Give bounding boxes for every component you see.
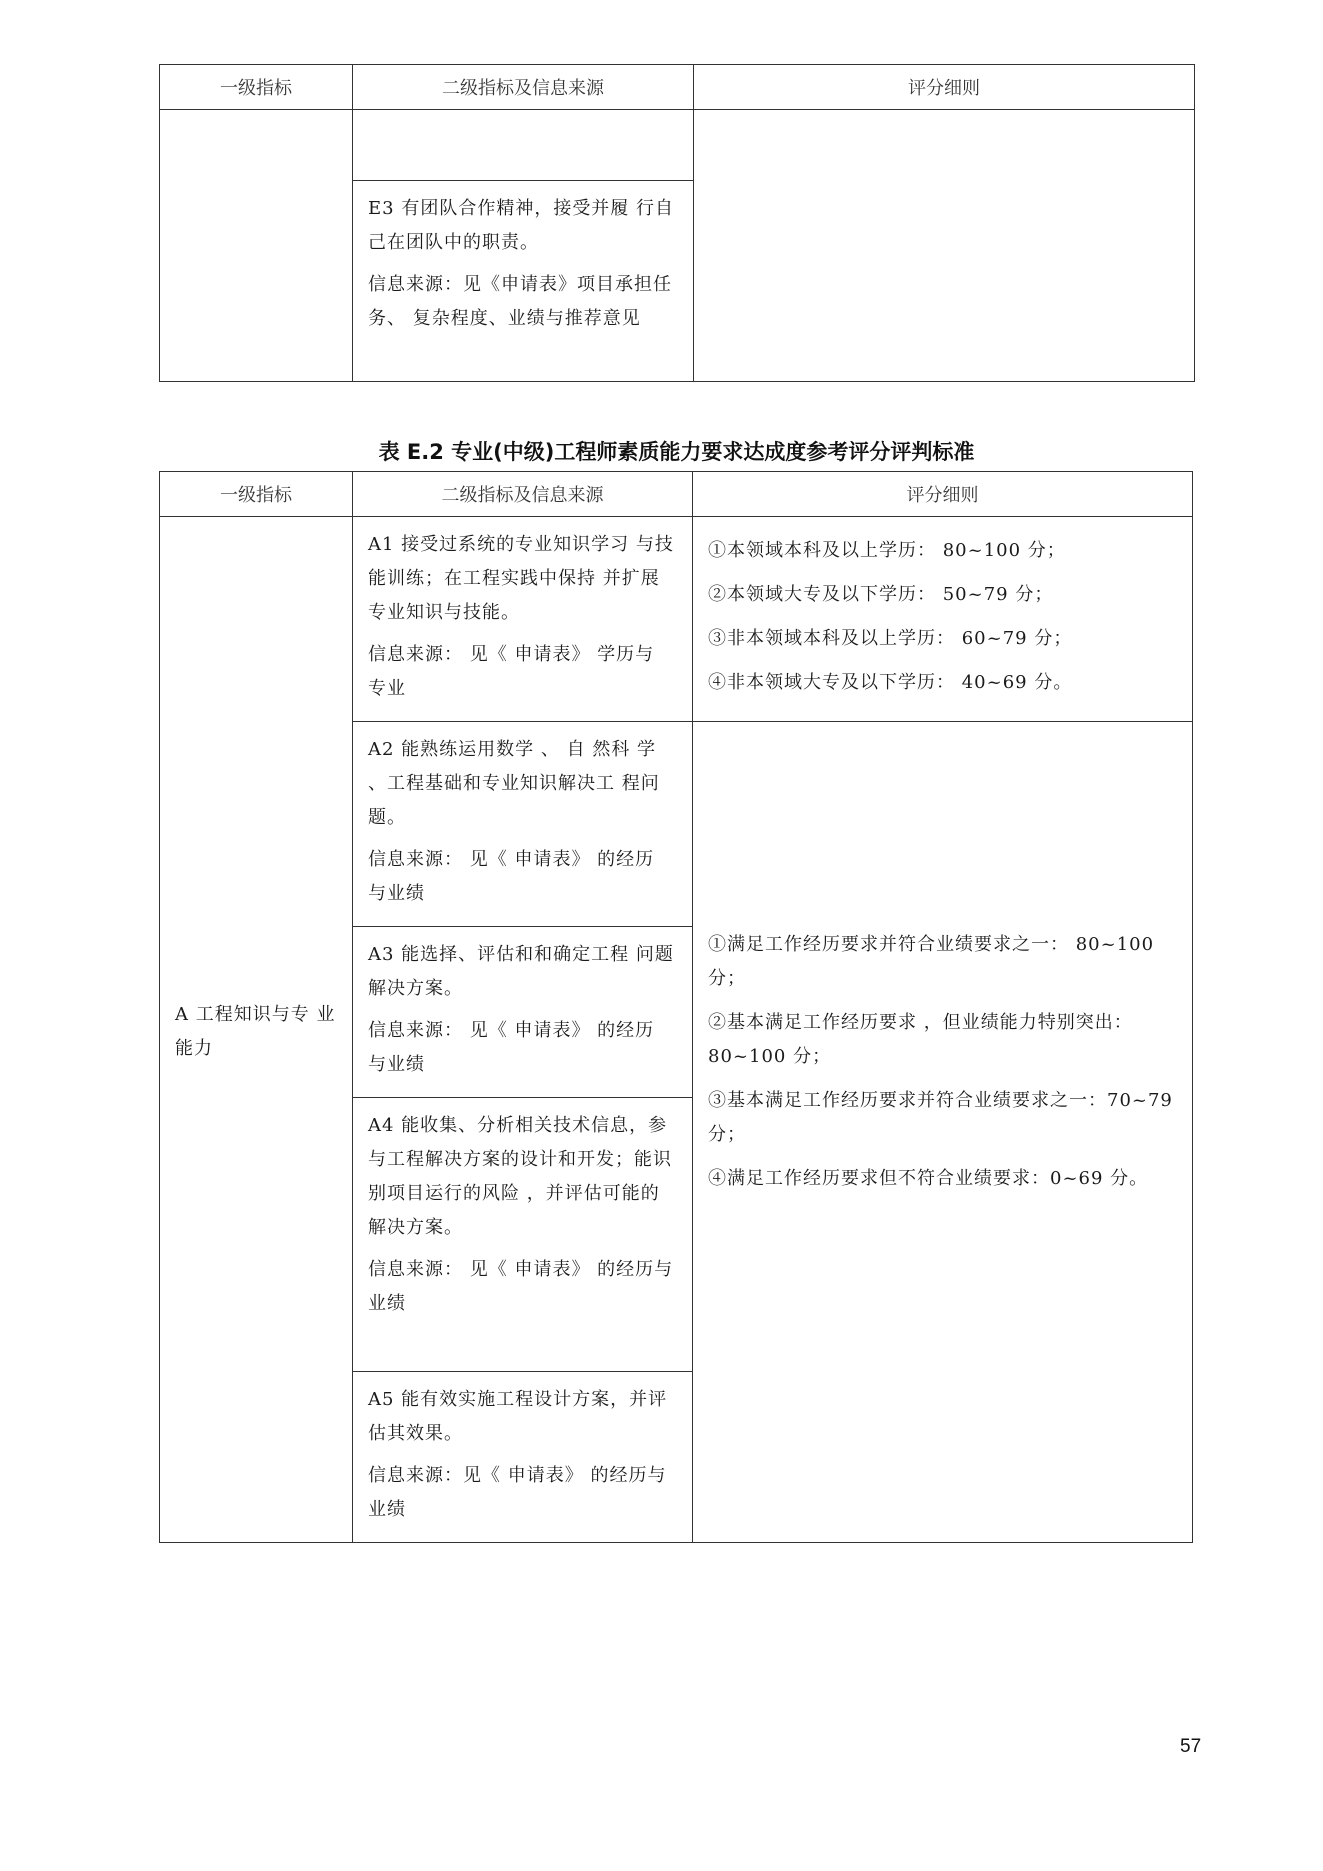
score-a2-item: ①满足工作经历要求并符合业绩要求之一： 80~100 分； <box>708 928 1177 996</box>
level2-cell-e3: E3 有团队合作精神，接受并履 行自己在团队中的职责。 信息来源：见《申请表》项… <box>353 181 694 382</box>
score-a2-item: ②基本满足工作经历要求 ，但业绩能力特别突出： 80~100 分； <box>708 1006 1177 1074</box>
table-row-a1: A 工程知识与专 业能力 A1 接受过系统的专业知识学习 与技能训练；在工程实践… <box>160 517 1193 722</box>
a5-source: 信息来源：见《 申请表》 的经历与业绩 <box>368 1459 677 1527</box>
level2-cell-a1: A1 接受过系统的专业知识学习 与技能训练；在工程实践中保持 并扩展专业知识与技… <box>353 517 693 722</box>
score-a1-item: ①本领域本科及以上学历： 80~100 分； <box>708 534 1177 568</box>
level2-cell-a4: A4 能收集、分析相关技术信息，参与工程解决方案的设计和开发；能识别项目运行的风… <box>353 1098 693 1372</box>
table-row <box>160 110 1195 181</box>
a5-text: A5 能有效实施工程设计方案，并评估其效果。 <box>368 1383 677 1451</box>
a2-source: 信息来源： 见《 申请表》 的经历 与业绩 <box>368 843 677 911</box>
score-cell-a1: ①本领域本科及以上学历： 80~100 分； ②本领域大专及以下学历： 50~7… <box>693 517 1193 722</box>
a4-source: 信息来源： 见《 申请表》 的经历与业绩 <box>368 1253 677 1321</box>
header-level1: 一级指标 <box>160 65 353 110</box>
score-cell-a2-a5: ①满足工作经历要求并符合业绩要求之一： 80~100 分； ②基本满足工作经历要… <box>693 722 1193 1543</box>
level1-label: A 工程知识与专 业能力 <box>161 988 351 1072</box>
e3-source: 信息来源：见《申请表》项目承担任务、 复杂程度、业绩与推荐意见 <box>368 268 678 336</box>
level2-cell-a2: A2 能熟练运用数学 、 自 然科 学 、工程基础和专业知识解决工 程问题。 信… <box>353 722 693 927</box>
score-a1-item: ②本领域大专及以下学历： 50~79 分； <box>708 578 1177 612</box>
table-continued-e: 一级指标 二级指标及信息来源 评分细则 E3 有团队合作精神，接受并履 行自己在… <box>159 64 1195 382</box>
table-title: 表 E.2 专业(中级)工程师素质能力要求达成度参考评分评判标准 <box>159 436 1194 466</box>
header-level1: 一级指标 <box>160 472 353 517</box>
e3-text: E3 有团队合作精神，接受并履 行自己在团队中的职责。 <box>368 192 678 260</box>
level2-cell-empty <box>353 110 694 181</box>
a3-source: 信息来源： 见《 申请表》 的经历 与业绩 <box>368 1014 677 1082</box>
level2-cell-a5: A5 能有效实施工程设计方案，并评估其效果。 信息来源：见《 申请表》 的经历与… <box>353 1372 693 1543</box>
header-level2: 二级指标及信息来源 <box>353 472 693 517</box>
score-a1-item: ④非本领域大专及以下学历： 40~69 分。 <box>708 666 1177 700</box>
a2-text: A2 能熟练运用数学 、 自 然科 学 、工程基础和专业知识解决工 程问题。 <box>368 733 677 835</box>
header-score: 评分细则 <box>693 472 1193 517</box>
level1-cell-empty <box>160 110 353 382</box>
table-header-row: 一级指标 二级指标及信息来源 评分细则 <box>160 472 1193 517</box>
header-level2: 二级指标及信息来源 <box>353 65 694 110</box>
page-number: 57 <box>1180 1736 1201 1758</box>
a4-text: A4 能收集、分析相关技术信息，参与工程解决方案的设计和开发；能识别项目运行的风… <box>368 1109 677 1245</box>
score-a2-item: ④满足工作经历要求但不符合业绩要求：0~69 分。 <box>708 1162 1177 1196</box>
a1-text: A1 接受过系统的专业知识学习 与技能训练；在工程实践中保持 并扩展专业知识与技… <box>368 528 677 630</box>
a3-text: A3 能选择、评估和和确定工程 问题解决方案。 <box>368 938 677 1006</box>
score-cell-empty <box>694 110 1195 382</box>
table-header-row: 一级指标 二级指标及信息来源 评分细则 <box>160 65 1195 110</box>
header-score: 评分细则 <box>694 65 1195 110</box>
score-a1-item: ③非本领域本科及以上学历： 60~79 分； <box>708 622 1177 656</box>
table-e2: 一级指标 二级指标及信息来源 评分细则 A 工程知识与专 业能力 A1 接受过系… <box>159 471 1193 1543</box>
score-a2-item: ③基本满足工作经历要求并符合业绩要求之一：70~79 分； <box>708 1084 1177 1152</box>
level2-cell-a3: A3 能选择、评估和和确定工程 问题解决方案。 信息来源： 见《 申请表》 的经… <box>353 927 693 1098</box>
a1-source: 信息来源： 见《 申请表》 学历与 专业 <box>368 638 677 706</box>
level1-cell-a: A 工程知识与专 业能力 <box>160 517 353 1543</box>
